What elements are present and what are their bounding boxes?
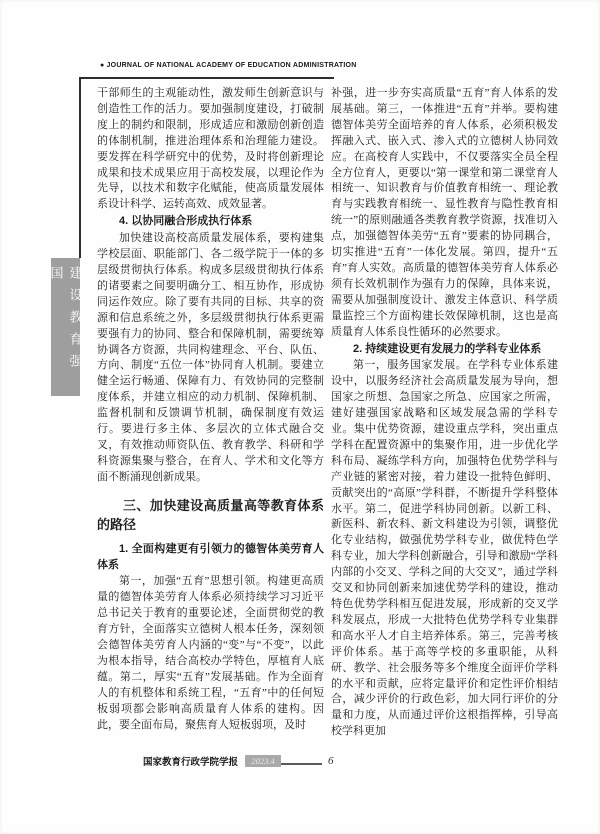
right-text-column: 补强，进一步夯实高质量“五育”育人体系的发展基础。第三，一体推进“五育”并举。要… bbox=[331, 86, 558, 740]
running-head-rule bbox=[79, 77, 334, 79]
paragraph-continued: 干部师生的主观能动性，激发师生创新意识与创造性工作的活力。要加强制度建设，打破制… bbox=[97, 86, 324, 213]
sub-heading-2: 2. 持续建设更有发展力的学科专业体系 bbox=[331, 342, 558, 358]
section-heading-three: 三、加快建设高质量高等教育体系的路径 bbox=[97, 496, 324, 534]
paragraph-execution-system: 加快建设高校高质量发展体系，要构建集学校层面、职能部门、各二级学院于一体的多层级… bbox=[97, 231, 324, 486]
sub-heading-1: 1. 全面构建更有引领力的德智体美劳育人体系 bbox=[97, 542, 324, 574]
left-text-column: 干部师生的主观能动性，激发师生创新意识与创造性工作的活力。要加强制度建设，打破制… bbox=[97, 86, 324, 734]
footer-journal-title: 国家教育行政学院学报 bbox=[143, 754, 238, 768]
footer-rule bbox=[281, 763, 322, 765]
numbered-heading-4: 4. 以协同融合形成执行体系 bbox=[97, 214, 324, 230]
issue-badge: 2023.4 bbox=[245, 755, 281, 767]
running-head-text: JOURNAL OF NATIONAL ACADEMY OF EDUCATION… bbox=[106, 62, 356, 69]
paragraph-five-education-continued: 补强，进一步夯实高质量“五育”育人体系的发展基础。第三，一体推进“五育”并举。要… bbox=[331, 86, 558, 341]
left-frame-rule bbox=[79, 77, 81, 258]
section-side-tab: 建设教育强国 bbox=[51, 258, 80, 396]
journal-page: ●JOURNAL OF NATIONAL ACADEMY OF EDUCATIO… bbox=[0, 0, 600, 834]
running-head: ●JOURNAL OF NATIONAL ACADEMY OF EDUCATIO… bbox=[100, 62, 357, 69]
bullet-icon: ● bbox=[100, 62, 104, 69]
paragraph-discipline-system: 第一，服务国家发展。在学科专业体系建设中，以服务经济社会高质量发展为导向，想国家… bbox=[331, 358, 558, 740]
page-number: 6 bbox=[328, 755, 334, 767]
paragraph-five-education: 第一，加强“五育”思想引领。构建更高质量的德智体美劳育人体系必须持续学习习近平总… bbox=[97, 574, 324, 733]
page-footer: 国家教育行政学院学报 2023.4 6 bbox=[143, 754, 334, 768]
